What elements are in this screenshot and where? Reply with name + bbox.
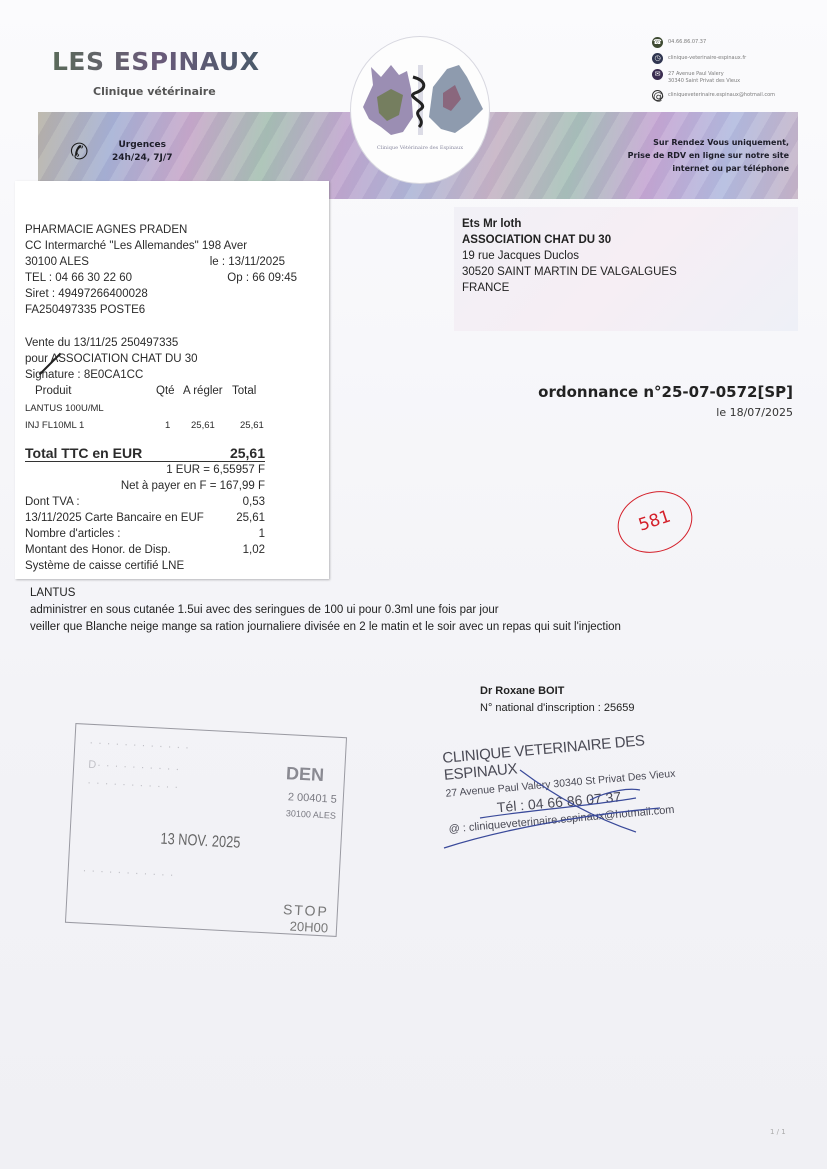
pharmacy-name: PHARMACIE AGNES PRADEN — [25, 224, 187, 237]
pharmacy-address: CC Intermarché "Les Allemandes" 198 Aver — [25, 240, 247, 253]
recipient-country: FRANCE — [462, 280, 677, 296]
stamp-number: 2 00401 5 — [288, 791, 337, 806]
honor-label: Montant des Honor. de Disp. — [25, 544, 171, 557]
tva-value: 0,53 — [243, 496, 265, 508]
clinic-logo: Clinique Vétérinaire des Espinaux — [350, 36, 490, 184]
instruction-2: veiller que Blanche neige mange sa ratio… — [30, 619, 621, 636]
articles-label: Nombre d'articles : — [25, 528, 121, 541]
globe-icon: ◷ — [652, 53, 663, 64]
col-due: A régler — [183, 385, 223, 398]
prescription-page: LES ESPINAUX Clinique vétérinaire ✆ Urge… — [0, 0, 827, 1169]
col-product: Produit — [35, 385, 71, 398]
signature-strokes — [440, 760, 700, 860]
stamp-time: 20H00 — [289, 919, 328, 936]
drug-name: LANTUS — [30, 585, 621, 602]
phone-ringing-icon: ✆ — [70, 140, 96, 166]
animal-caduceus-icon — [351, 37, 490, 184]
col-total: Total — [232, 385, 256, 398]
receipt-total: Total TTC en EUR 25,61 — [25, 445, 265, 462]
prescription-body: LANTUS administrer en sous cutanée 1.5ui… — [30, 585, 621, 636]
clinic-contacts: ☎ 04.66.86.07.37 ◷ clinique-veterinaire-… — [652, 37, 822, 106]
payment-value: 25,61 — [236, 512, 265, 524]
contact-address: ✉ 27 Avenue Paul Valery 30340 Saint Priv… — [652, 69, 822, 85]
sale-info: Vente du 13/11/25 250497335 — [25, 337, 178, 350]
doctor-registration: N° national d'inscription : 25659 — [480, 700, 634, 717]
certification: Système de caisse certifié LNE — [25, 560, 184, 573]
mail-icon: ✉ — [652, 69, 663, 80]
pharmacy-siret: Siret : 49497266400028 — [25, 288, 148, 301]
recipient-block: Ets Mr loth ASSOCIATION CHAT DU 30 19 ru… — [454, 207, 798, 331]
handwritten-circled-number: 581 — [610, 482, 701, 563]
receipt-date: le : 13/11/2025 — [210, 256, 285, 268]
appointment-info: Sur Rendez Vous uniquement, Prise de RDV… — [569, 136, 789, 175]
page-number: 1 / 1 — [770, 1128, 786, 1136]
emergency-info: Urgences 24h/24, 7J/7 — [112, 139, 172, 165]
invoice-number: FA250497335 POSTE6 — [25, 304, 145, 317]
doctor-name: Dr Roxane BOIT — [480, 683, 634, 700]
pharmacy-stamp: · · · · · · · · · · · · D· · · · · · · ·… — [65, 723, 347, 937]
recipient-street: 19 rue Jacques Duclos — [462, 248, 677, 264]
prescription-title: ordonnance n°25-07-0572[SP] — [538, 383, 793, 401]
pharmacy-tel: TEL : 04 66 30 22 60 — [25, 272, 132, 285]
stamp-pharmacy-name: DEN — [285, 763, 324, 786]
item-name-detail: INJ FL10ML 1 — [25, 419, 84, 432]
stamp-date: 13 NOV. 2025 — [160, 831, 241, 853]
pharmacy-receipt: PHARMACIE AGNES PRADEN CC Intermarché "L… — [15, 181, 329, 579]
net-francs: Net à payer en F = 167,99 F — [121, 480, 265, 492]
phone-icon: ☎ — [652, 37, 663, 48]
clinic-brand-subtitle: Clinique vétérinaire — [93, 85, 216, 98]
receipt-operator: Op : 66 09:45 — [227, 272, 297, 284]
clinic-brand-title: LES ESPINAUX — [52, 47, 260, 76]
item-due: 25,61 — [191, 419, 215, 432]
exchange-rate: 1 EUR = 6,55957 F — [166, 464, 265, 476]
stamp-stop: STOP — [283, 901, 330, 919]
item-name: LANTUS 100U/ML — [25, 402, 104, 415]
recipient-organization: ASSOCIATION CHAT DU 30 — [462, 232, 677, 248]
recipient-contact: Ets Mr loth — [462, 216, 677, 232]
logo-caption: Clinique Vétérinaire des Espinaux — [351, 145, 489, 151]
tva-label: Dont TVA : — [25, 496, 80, 509]
honor-value: 1,02 — [243, 544, 265, 556]
contact-email: @ cliniqueveterinaire.espinaux@hotmail.c… — [652, 90, 822, 101]
payment-label: 13/11/2025 Carte Bancaire en EUF — [25, 512, 204, 525]
articles-value: 1 — [259, 528, 265, 540]
prescription-date: le 18/07/2025 — [716, 406, 793, 419]
instruction-1: administrer en sous cutanée 1.5ui avec d… — [30, 602, 621, 619]
col-qty: Qté — [156, 385, 175, 398]
pharmacy-city: 30100 ALES — [25, 256, 89, 269]
item-qty: 1 — [165, 419, 170, 432]
stamp-city: 30100 ALES — [286, 808, 337, 821]
contact-website: ◷ clinique-veterinaire-espinaux.fr — [652, 53, 822, 64]
item-total: 25,61 — [240, 419, 264, 432]
at-icon: @ — [652, 90, 663, 101]
contact-phone: ☎ 04.66.86.07.37 — [652, 37, 822, 48]
doctor-block: Dr Roxane BOIT N° national d'inscription… — [480, 683, 634, 717]
recipient-city: 30520 SAINT MARTIN DE VALGALGUES — [462, 264, 677, 280]
